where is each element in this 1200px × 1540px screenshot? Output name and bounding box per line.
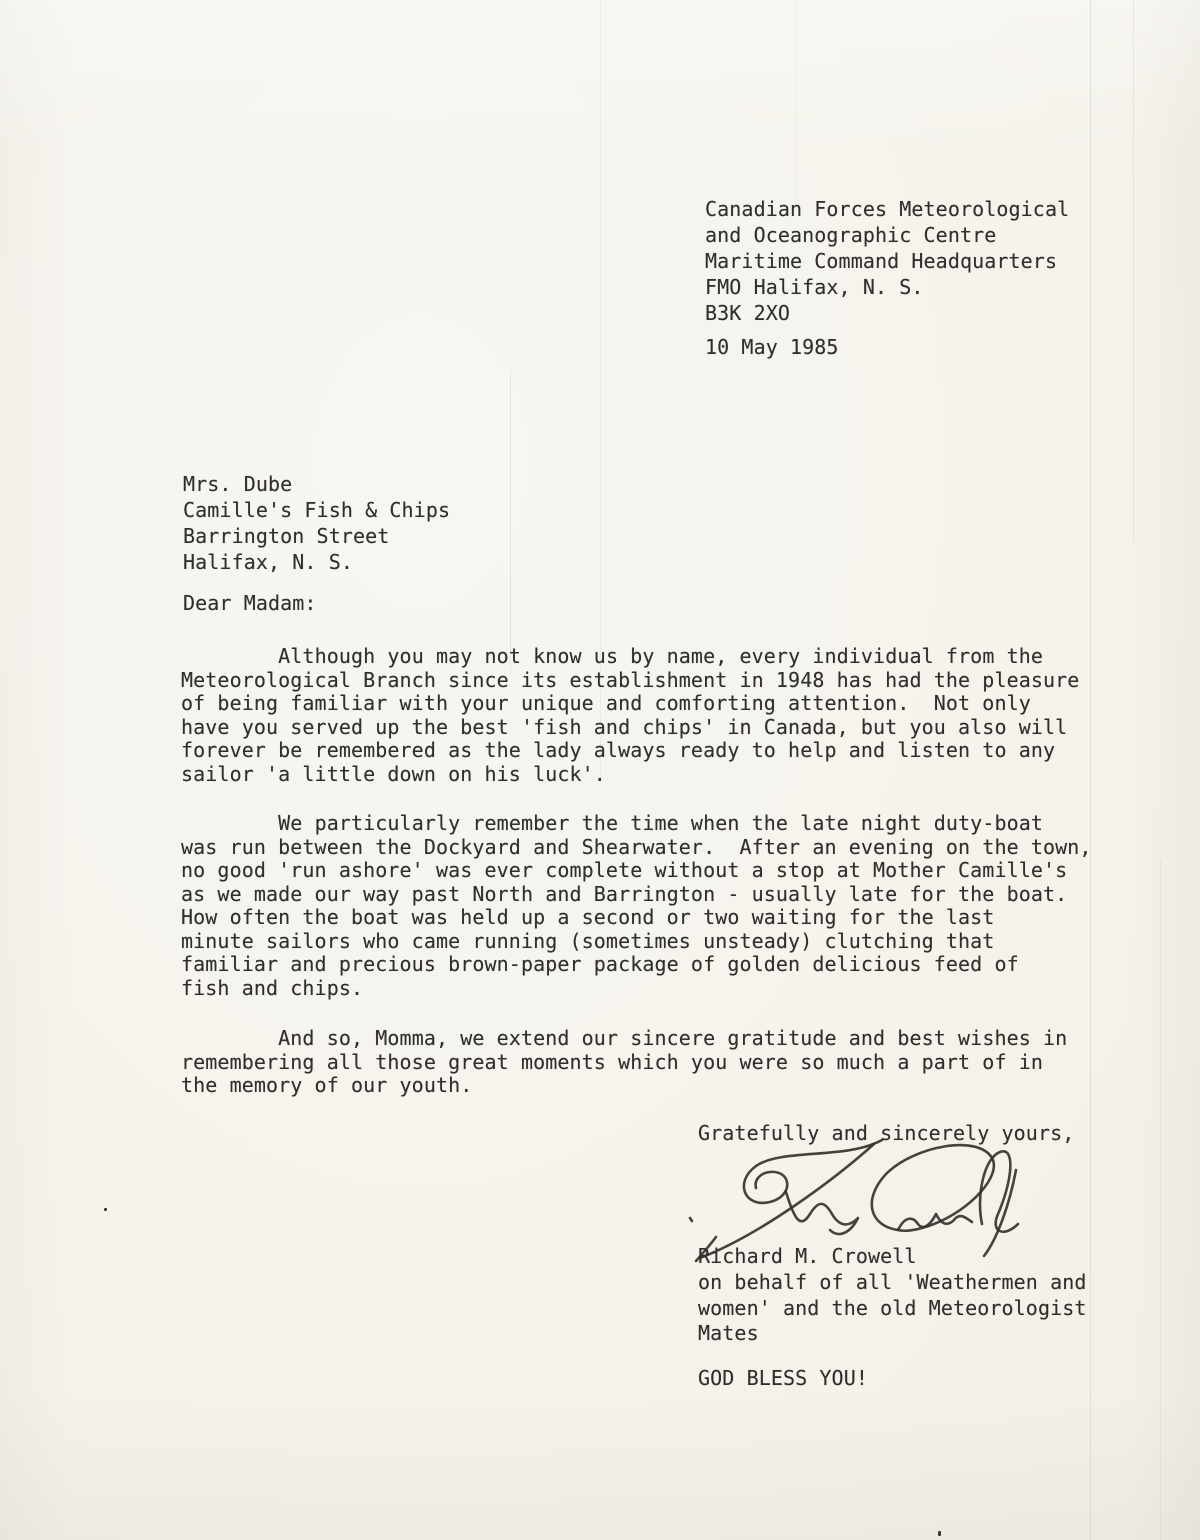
body-paragraph-3: And so, Momma, we extend our sincere gra… [181,1027,1116,1098]
letter-date: 10 May 1985 [705,336,839,360]
scan-speck [104,1208,107,1211]
signature-role: on behalf of all 'Weathermen and women' … [698,1270,1087,1347]
signature-name: Richard M. Crowell [698,1245,917,1269]
scan-streak [1133,0,1134,540]
letter-page: Canadian Forces Meteorological and Ocean… [0,0,1200,1540]
salutation: Dear Madam: [183,592,317,616]
body-paragraph-1: Although you may not know us by name, ev… [181,645,1116,786]
recipient-address: Mrs. Dube Camille's Fish & Chips Barring… [183,471,450,575]
scan-streak [795,0,796,210]
sender-address: Canadian Forces Meteorological and Ocean… [705,196,1069,326]
scan-streak [510,370,511,670]
scan-speck [938,1531,941,1536]
postscript: GOD BLESS YOU! [698,1367,868,1391]
body-paragraph-2: We particularly remember the time when t… [181,812,1116,1000]
scan-streak [1160,860,1161,1540]
